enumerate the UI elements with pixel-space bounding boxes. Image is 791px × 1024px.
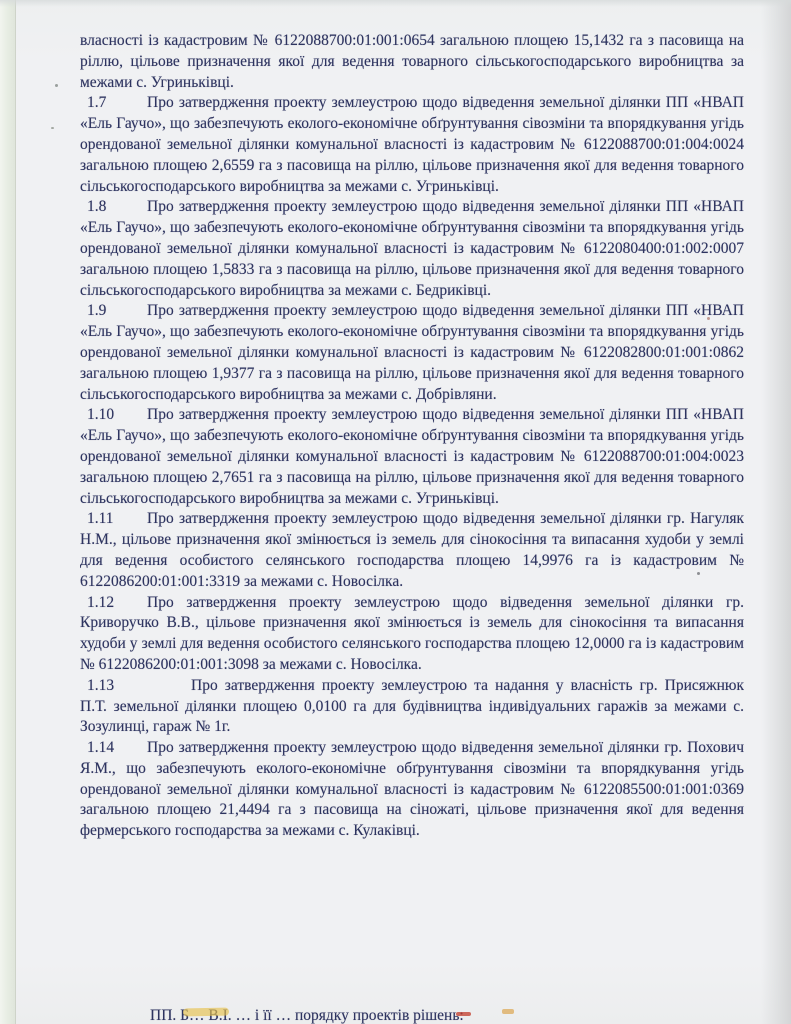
scan-artifact-speck [697, 572, 700, 575]
document-paragraph: 1.10Про затвердження проекту землеустрою… [80, 405, 744, 509]
item-number: 1.12 [87, 593, 147, 614]
item-number: 1.11 [87, 509, 147, 530]
document-paragraph: 1.9Про затвердження проекту землеустрою … [80, 301, 744, 405]
document-paragraph: 1.12Про затвердження проекту землеустрою… [80, 593, 744, 676]
paragraph-text: Про затвердження проекту землеустрою щод… [80, 406, 744, 506]
scanned-document: власності із кадастровим № 6122088700:01… [0, 0, 791, 1024]
scan-artifact-speck [55, 84, 58, 87]
marker-dash [456, 1012, 471, 1016]
document-paragraph: 1.11Про затвердження проекту землеустрою… [80, 509, 744, 592]
paragraph-text: Про затвердження проекту землеустрою щод… [80, 94, 744, 194]
page-right-shadow [761, 0, 791, 1024]
clipped-bottom-text-line: ПП. Б… В.І. … і її … порядку проектів рі… [80, 1006, 760, 1024]
document-paragraph: 1.7Про затвердження проекту землеустрою … [80, 93, 744, 197]
scanner-edge-strip [0, 0, 16, 1024]
paragraph-text: Про затвердження проекту землеустрою щод… [80, 198, 744, 298]
item-number: 1.10 [87, 405, 147, 426]
paragraph-text: Про затвердження проекту землеустрою щод… [80, 510, 744, 589]
item-number: 1.8 [87, 197, 147, 218]
paragraph-text: власності із кадастровим № 6122088700:01… [80, 32, 744, 91]
page-top-shadow [0, 0, 791, 7]
paragraph-text: Про затвердження проекту землеустрою щод… [80, 302, 744, 402]
document-paragraph: власності із кадастровим № 6122088700:01… [80, 31, 744, 93]
paragraph-text: Про затвердження проекту землеустрою щод… [80, 594, 744, 673]
document-text-block: власності із кадастровим № 6122088700:01… [80, 31, 744, 1024]
item-number: 1.9 [87, 301, 147, 322]
document-paragraph: 1.13Про затвердження проекту землеустрою… [80, 676, 744, 738]
scan-artifact-speck [51, 127, 54, 129]
item-number: 1.14 [87, 738, 147, 759]
document-paragraph: 1.14Про затвердження проекту землеустрою… [80, 738, 744, 842]
marker-dash [502, 1009, 514, 1014]
scan-artifact-speck [707, 317, 710, 320]
item-number: 1.7 [87, 93, 147, 114]
item-number: 1.13 [87, 676, 191, 697]
paragraph-text: Про затвердження проекту землеустрою щод… [80, 739, 744, 839]
document-paragraph: 1.8Про затвердження проекту землеустрою … [80, 197, 744, 301]
marker-smudge [183, 1008, 229, 1017]
